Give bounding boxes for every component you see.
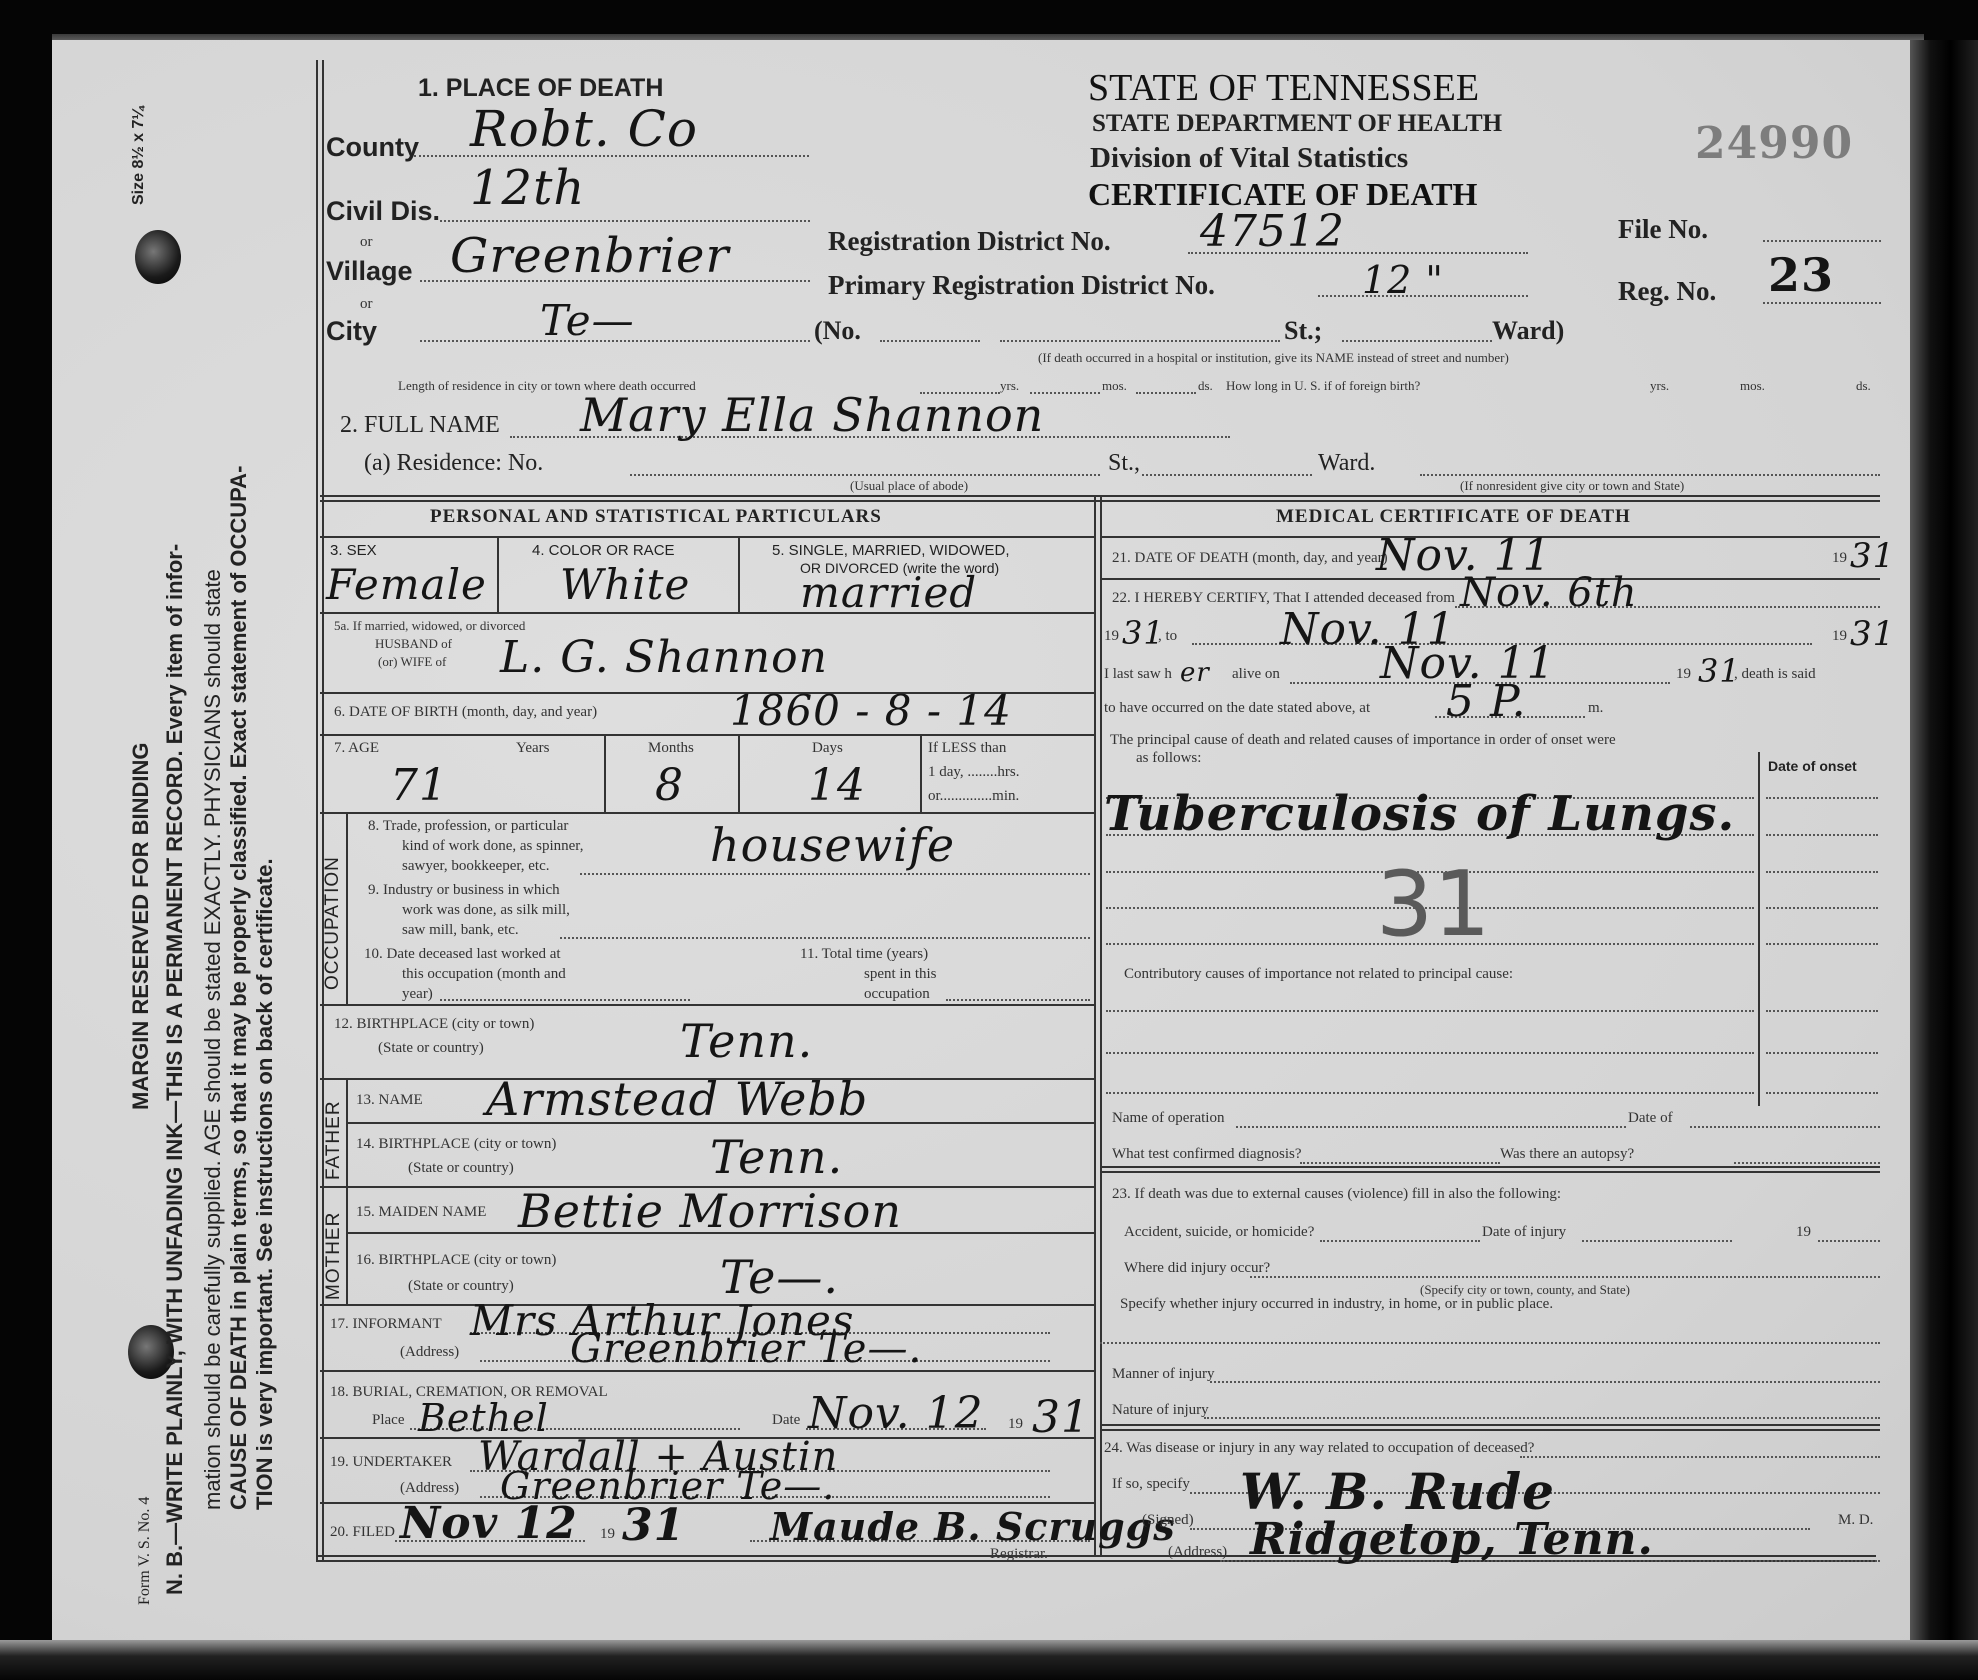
cause-intro-label: The principal cause of death and related… <box>1110 732 1616 749</box>
mother-name-label: 15. MAIDEN NAME <box>356 1204 486 1221</box>
days-label: Days <box>812 740 843 757</box>
autopsy-line[interactable] <box>1734 1162 1880 1164</box>
grid-line <box>320 536 1094 538</box>
to-label: , to <box>1158 628 1177 645</box>
spouse-husband-label: HUSBAND of <box>375 636 452 652</box>
grid-line <box>738 734 740 812</box>
grid-line <box>1100 1166 1880 1173</box>
reg-number-value[interactable]: 23 <box>1768 248 1834 302</box>
where-injury-label: Where did injury occur? <box>1124 1260 1270 1277</box>
grid-line <box>920 734 922 812</box>
marital-value[interactable]: married <box>800 568 977 617</box>
physician-address-label: (Address) <box>1168 1544 1227 1561</box>
mother-birthplace-state-label: (State or country) <box>408 1278 514 1295</box>
alive-on-label: alive on <box>1232 666 1280 683</box>
father-name-value[interactable]: Armstead Webb <box>486 1072 868 1126</box>
total-time-line[interactable] <box>946 999 1090 1001</box>
residence-ward-label: Ward. <box>1318 450 1375 477</box>
contributory-line-3 <box>1106 1092 1754 1094</box>
cause-intro-label-2: as follows: <box>1136 750 1201 767</box>
autopsy-label: Was there an autopsy? <box>1500 1146 1634 1163</box>
primary-district-label: Primary Registration District No. <box>828 270 1215 301</box>
injury-date-label: Date of injury <box>1482 1224 1566 1241</box>
primary-district-value[interactable]: 12 " <box>1362 258 1444 302</box>
onset-line <box>1766 797 1878 799</box>
spouse-label: 5a. If married, widowed, or divorced <box>334 618 525 634</box>
onset-line <box>1766 907 1878 909</box>
dod-year-value[interactable]: 31 <box>1850 536 1895 576</box>
street-number-line <box>880 340 980 342</box>
test-confirmed-line[interactable] <box>1300 1162 1500 1164</box>
burial-date-value[interactable]: Nov. 12 <box>808 1388 984 1439</box>
date-of-birth-value[interactable]: 1860 - 8 - 14 <box>730 686 1012 735</box>
principal-cause-value[interactable]: Tuberculosis of Lungs. <box>1104 786 1735 842</box>
street-label: St.; <box>1284 316 1322 346</box>
trade-line <box>580 873 1090 875</box>
scan-right-edge <box>1910 40 1978 1680</box>
injury-date-line[interactable] <box>1582 1240 1732 1242</box>
informant-address-label: (Address) <box>400 1344 459 1361</box>
village-value[interactable]: Greenbrier <box>450 228 729 284</box>
specify-whether-line[interactable] <box>1100 1342 1880 1344</box>
external-causes-label: 23. If death was due to external causes … <box>1112 1186 1561 1203</box>
ward-label: Ward) <box>1492 316 1564 346</box>
onset-line <box>1766 1052 1878 1054</box>
column-divider <box>1094 497 1102 1557</box>
father-birthplace-state-label: (State or country) <box>408 1160 514 1177</box>
mother-side-label: MOTHER <box>323 1212 345 1300</box>
filed-year-value[interactable]: 31 <box>622 1500 685 1551</box>
date-of-death-label: 21. DATE OF DEATH (month, day, and year) <box>1112 550 1388 567</box>
place-of-death-heading: 1. PLACE OF DEATH <box>418 74 663 103</box>
hours-label: 1 day, ........hrs. <box>928 764 1020 781</box>
father-name-label: 13. NAME <box>356 1092 423 1109</box>
contributory-line-2 <box>1106 1052 1754 1054</box>
nature-label: Nature of injury <box>1112 1402 1209 1419</box>
total-time-label-2: spent in this <box>864 966 937 983</box>
less-than-day-label: If LESS than <box>928 740 1006 757</box>
date-of-birth-label: 6. DATE OF BIRTH (month, day, and year) <box>334 704 597 721</box>
hospital-note: (If death occurred in a hospital or inst… <box>1038 350 1509 366</box>
residence-label: (a) Residence: No. <box>364 450 543 477</box>
yrs-label: yrs. <box>1650 378 1669 394</box>
grid-line <box>738 536 740 612</box>
stamp-number: 24990 <box>1695 118 1853 169</box>
or-text: or <box>360 296 373 313</box>
city-value[interactable]: Te— <box>540 296 635 345</box>
age-label: 7. AGE <box>334 740 379 757</box>
last-worked-line[interactable] <box>440 999 690 1001</box>
grid-line <box>1100 1424 1880 1431</box>
if-so-label: If so, specify <box>1112 1476 1190 1493</box>
md-label: M. D. <box>1838 1512 1873 1529</box>
filed-year-prefix: 19 <box>600 1526 615 1543</box>
occurred-at-label: to have occurred on the date stated abov… <box>1104 700 1370 717</box>
trade-label: 8. Trade, profession, or particular <box>368 818 568 835</box>
physician-signature[interactable]: W. B. Rude <box>1240 1462 1555 1521</box>
informant-label: 17. INFORMANT <box>330 1316 442 1333</box>
grid-line <box>320 612 1094 614</box>
residence-street-label: St., <box>1108 450 1140 477</box>
age-years-value[interactable]: 71 <box>390 760 448 811</box>
total-time-label-3: occupation <box>864 986 930 1003</box>
test-confirmed-label: What test confirmed diagnosis? <box>1112 1146 1302 1163</box>
father-birthplace-value[interactable]: Tenn. <box>710 1130 843 1184</box>
onset-line <box>1766 834 1878 836</box>
industry-line[interactable] <box>560 937 1090 939</box>
civil-district-line <box>440 220 810 222</box>
informant-address-value[interactable]: Greenbrier Te—. <box>570 1326 922 1372</box>
registrar-label: Registrar. <box>990 1546 1048 1563</box>
to-year-prefix: 19 <box>1832 628 1847 645</box>
occupation-related-line[interactable] <box>1520 1456 1880 1458</box>
medical-section-heading: MEDICAL CERTIFICATE OF DEATH <box>1276 506 1631 528</box>
reg-number-line <box>1763 302 1881 304</box>
ds-label: ds. <box>1856 378 1871 394</box>
time-of-death-value[interactable]: 5 P. <box>1446 676 1527 727</box>
occupation-related-label: 24. Was disease or injury in any way rel… <box>1104 1440 1534 1457</box>
m-label: m. <box>1588 700 1603 717</box>
injury-year-prefix: 19 <box>1796 1224 1811 1241</box>
mos-label: mos. <box>1102 378 1127 394</box>
grid-line <box>346 1078 348 1304</box>
to-year-value[interactable]: 31 <box>1850 614 1895 654</box>
residence-line <box>630 474 1100 476</box>
street-number-label: (No. <box>814 316 861 346</box>
accident-label: Accident, suicide, or homicide? <box>1124 1224 1314 1241</box>
attended-from-value[interactable]: Nov. 6th <box>1460 570 1638 616</box>
form-number: Form V. S. No. 4 <box>136 1497 154 1605</box>
city-label: City <box>326 316 377 347</box>
burial-year-value[interactable]: 31 <box>1032 1392 1090 1443</box>
filed-label: 20. FILED <box>330 1524 395 1541</box>
grid-line <box>320 1004 1094 1006</box>
from-year-prefix: 19 <box>1104 628 1119 645</box>
county-label: County <box>326 132 419 163</box>
manner-line[interactable] <box>1210 1381 1880 1383</box>
last-saw-pronoun[interactable]: er <box>1180 658 1210 688</box>
birthplace-label: 12. BIRTHPLACE (city or town) <box>334 1016 534 1033</box>
birthplace-state-label: (State or country) <box>378 1040 484 1057</box>
mother-birthplace-label: 16. BIRTHPLACE (city or town) <box>356 1252 556 1269</box>
filed-value[interactable]: Nov 12 <box>400 1498 578 1549</box>
sex-label: 3. SEX <box>330 542 377 559</box>
contributory-line-1 <box>1106 1010 1754 1012</box>
reg-number-label: Reg. No. <box>1618 276 1716 307</box>
death-said-label: , death is said <box>1734 666 1816 683</box>
scan-bottom-edge <box>0 1640 1978 1680</box>
instructions-line-4: TION is very important. See instructions… <box>252 858 278 1510</box>
size-note: Size 8½ x 7¼ <box>130 106 148 205</box>
grid-line <box>346 812 348 1004</box>
onset-line <box>1766 1010 1878 1012</box>
minutes-label: or..............min. <box>928 788 1019 805</box>
undertaker-label: 19. UNDERTAKER <box>330 1454 452 1471</box>
or-text: or <box>360 234 373 251</box>
dod-year-prefix: 19 <box>1832 550 1847 567</box>
father-birthplace-label: 14. BIRTHPLACE (city or town) <box>356 1136 556 1153</box>
state-title: STATE OF TENNESSEE <box>1088 66 1479 110</box>
nature-line[interactable] <box>1204 1417 1880 1419</box>
onset-line <box>1766 1092 1878 1094</box>
specify-whether-label: Specify whether injury occurred in indus… <box>1120 1296 1553 1313</box>
instructions-line-2: mation should be carefully supplied. AGE… <box>200 569 226 1510</box>
nonresident-note: (If nonresident give city or town and St… <box>1460 478 1684 494</box>
binding-hole-icon <box>135 230 181 284</box>
county-value[interactable]: Robt. Co <box>470 100 698 158</box>
accident-line[interactable] <box>1320 1240 1480 1242</box>
burial-year-prefix: 19 <box>1008 1416 1023 1433</box>
grid-line <box>497 536 499 612</box>
injury-year-line[interactable] <box>1818 1240 1880 1242</box>
full-name-value[interactable]: Mary Ella Shannon <box>580 388 1044 442</box>
residence-days-line <box>1136 392 1196 394</box>
spouse-value[interactable]: L. G. Shannon <box>500 632 828 683</box>
trade-label-2: kind of work done, as spinner, <box>402 838 583 855</box>
full-name-label: 2. FULL NAME <box>340 412 500 439</box>
street-line <box>1000 340 1280 342</box>
spouse-wife-label: (or) WIFE of <box>378 654 446 670</box>
physician-address-value[interactable]: Ridgetop, Tenn. <box>1250 1514 1654 1565</box>
division-title: Division of Vital Statistics <box>1090 142 1408 175</box>
years-label: Years <box>516 740 549 757</box>
instructions-line-3: CAUSE OF DEATH in plain terms, so that i… <box>226 466 252 1510</box>
personal-section-heading: PERSONAL AND STATISTICAL PARTICULARS <box>430 506 882 528</box>
mos-label: mos. <box>1740 378 1765 394</box>
mother-name-value[interactable]: Bettie Morrison <box>518 1184 902 1238</box>
industry-label-3: saw mill, bank, etc. <box>402 922 519 939</box>
operation-date-line[interactable] <box>1690 1126 1880 1128</box>
instructions-line-1: N. B.—WRITE PLAINLY, WITH UNFADING INK—T… <box>162 544 188 1595</box>
industry-label-2: work was done, as silk mill, <box>402 902 570 919</box>
burial-place-label: Place <box>372 1412 404 1429</box>
sex-value[interactable]: Female <box>326 560 487 609</box>
onset-column-line <box>1758 752 1760 1106</box>
cause-code-value: 31 <box>1376 852 1491 957</box>
registration-district-label: Registration District No. <box>828 226 1111 257</box>
village-label: Village <box>326 256 413 287</box>
ward-line <box>1342 340 1492 342</box>
usual-abode-note: (Usual place of abode) <box>850 478 968 494</box>
civil-district-value[interactable]: 12th <box>470 160 585 216</box>
total-time-label: 11. Total time (years) <box>800 946 928 963</box>
registration-district-value[interactable]: 47512 <box>1200 206 1345 257</box>
file-number-line[interactable] <box>1763 240 1881 242</box>
age-days-value[interactable]: 14 <box>808 760 866 811</box>
race-value[interactable]: White <box>560 560 690 609</box>
trade-value[interactable]: housewife <box>710 818 955 872</box>
nonresident-line <box>1420 474 1880 476</box>
manner-label: Manner of injury <box>1112 1366 1214 1383</box>
signed-label: (Signed) <box>1142 1512 1194 1529</box>
burial-date-label: Date <box>772 1412 800 1429</box>
date-of-onset-label: Date of onset <box>1768 758 1857 774</box>
last-saw-label: I last saw h <box>1104 666 1172 683</box>
months-label: Months <box>648 740 694 757</box>
operation-date-label: Date of <box>1628 1110 1673 1127</box>
form-border-left <box>316 60 324 1560</box>
operation-line[interactable] <box>1236 1126 1626 1128</box>
civil-district-label: Civil Dis. <box>326 196 440 227</box>
last-worked-label-3: year) <box>402 986 433 1003</box>
last-worked-label-2: this occupation (month and <box>402 966 566 983</box>
registrar-signature[interactable]: Maude B. Scruggs <box>770 1504 1176 1549</box>
industry-label: 9. Industry or business in which <box>368 882 560 899</box>
race-label: 4. COLOR OR RACE <box>532 542 675 559</box>
age-months-value[interactable]: 8 <box>655 760 684 811</box>
onset-line <box>1766 943 1878 945</box>
where-injury-line[interactable] <box>1250 1276 1880 1278</box>
grid-line <box>604 734 606 812</box>
undertaker-address-label: (Address) <box>400 1480 459 1497</box>
operation-label: Name of operation <box>1112 1110 1224 1127</box>
ds-label: ds. <box>1198 378 1213 394</box>
foreign-birth-label: How long in U. S. if of foreign birth? <box>1226 378 1420 394</box>
residence-street-line <box>1142 474 1312 476</box>
father-side-label: FATHER <box>323 1100 345 1180</box>
file-number-label: File No. <box>1618 214 1708 245</box>
trade-label-3: sawyer, bookkeeper, etc. <box>402 858 549 875</box>
last-saw-year-prefix: 19 <box>1676 666 1691 683</box>
onset-line <box>1766 871 1878 873</box>
marital-label: 5. SINGLE, MARRIED, WIDOWED, <box>772 542 1010 559</box>
binding-margin-note: MARGIN RESERVED FOR BINDING <box>128 742 154 1110</box>
occupation-side-label: OCCUPATION <box>322 856 344 990</box>
birthplace-value[interactable]: Tenn. <box>680 1014 813 1068</box>
department-title: STATE DEPARTMENT OF HEALTH <box>1092 110 1502 138</box>
contributory-label: Contributory causes of importance not re… <box>1124 966 1513 983</box>
grid-line <box>320 812 1094 814</box>
last-worked-label: 10. Date deceased last worked at <box>364 946 561 963</box>
